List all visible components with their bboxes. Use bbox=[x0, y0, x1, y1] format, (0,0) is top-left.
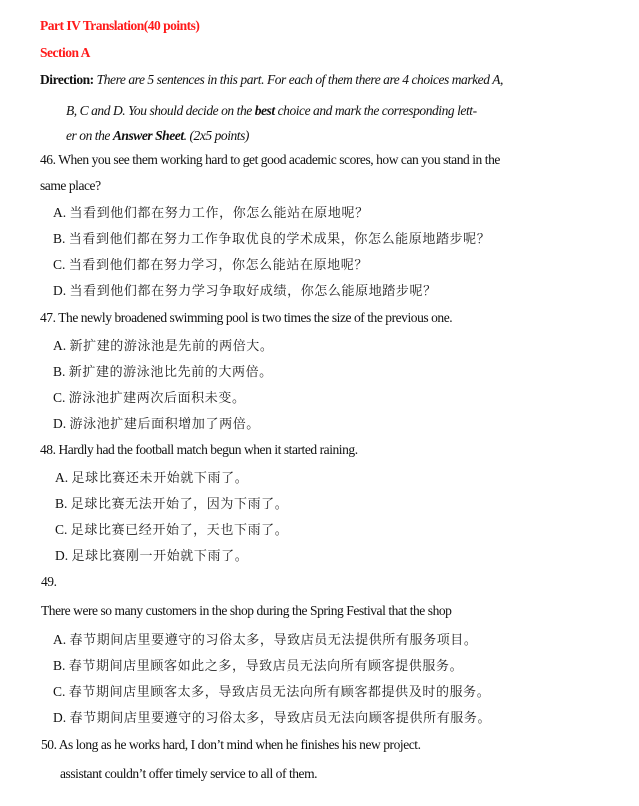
question-49-number: 49. bbox=[41, 574, 57, 590]
option-letter: B. bbox=[53, 231, 65, 246]
option-text: 春节期间店里顾客太多，导致店员无法向所有顾客都提供及时的服务。 bbox=[69, 685, 491, 700]
option-text: 春节期间店里要遵守的习俗太多，导致店员无法向顾客提供所有服务。 bbox=[70, 711, 492, 726]
option-47-d[interactable]: D. 游泳池扩建后面积增加了两倍。 bbox=[53, 416, 260, 433]
question-46-line-2: same place? bbox=[40, 178, 101, 194]
direction-label: Direction: bbox=[40, 72, 94, 87]
option-text: 足球比赛已经开始了，天也下雨了。 bbox=[71, 523, 289, 538]
option-47-b[interactable]: B. 新扩建的游泳池比先前的大两倍。 bbox=[53, 364, 273, 381]
option-text: 当看到他们都在努力学习争取好成绩，你怎么能原地踏步呢？ bbox=[70, 284, 437, 299]
option-46-a[interactable]: A. 当看到他们都在努力工作，你怎么能站在原地呢？ bbox=[53, 205, 369, 222]
option-text: 新扩建的游泳池比先前的大两倍。 bbox=[69, 365, 273, 380]
option-letter: D. bbox=[53, 416, 66, 431]
option-letter: D. bbox=[53, 710, 66, 725]
option-49-d[interactable]: D. 春节期间店里要遵守的习俗太多，导致店员无法向顾客提供所有服务。 bbox=[53, 710, 491, 727]
option-49-c[interactable]: C. 春节期间店里顾客太多，导致店员无法向所有顾客都提供及时的服务。 bbox=[53, 684, 490, 701]
option-46-d[interactable]: D. 当看到他们都在努力学习争取好成绩，你怎么能原地踏步呢？ bbox=[53, 283, 437, 300]
direction-text-2a: B, C and D. You should decide on the bbox=[66, 103, 255, 118]
option-text: 足球比赛刚一开始就下雨了。 bbox=[72, 549, 249, 564]
direction-text-1: There are 5 sentences in this part. For … bbox=[97, 72, 503, 87]
question-49-continuation: assistant couldn’t offer timely service … bbox=[60, 766, 317, 782]
option-text: 新扩建的游泳池是先前的两倍大。 bbox=[70, 339, 274, 354]
question-number: 50. bbox=[41, 737, 57, 752]
option-46-b[interactable]: B. 当看到他们都在努力工作争取优良的学术成果，你怎么能原地踏步呢？ bbox=[53, 231, 490, 248]
direction-emphasis-answer-sheet: Answer Sheet bbox=[113, 128, 184, 143]
option-text: 当看到他们都在努力工作，你怎么能站在原地呢？ bbox=[70, 206, 369, 221]
question-number: 48. bbox=[40, 442, 56, 457]
option-46-c[interactable]: C. 当看到他们都在努力学习，你怎么能站在原地呢？ bbox=[53, 257, 368, 274]
question-49: There were so many customers in the shop… bbox=[41, 603, 451, 619]
option-letter: D. bbox=[53, 283, 66, 298]
section-title: Section A bbox=[40, 45, 90, 61]
option-47-a[interactable]: A. 新扩建的游泳池是先前的两倍大。 bbox=[53, 338, 274, 355]
option-letter: B. bbox=[55, 496, 67, 511]
direction-text-3b: . (2x5 points) bbox=[184, 128, 249, 143]
option-49-a[interactable]: A. 春节期间店里要遵守的习俗太多，导致店员无法提供所有服务项目。 bbox=[53, 632, 478, 649]
part-title: Part IV Translation(40 points) bbox=[40, 18, 199, 34]
option-text: 游泳池扩建后面积增加了两倍。 bbox=[70, 417, 260, 432]
direction-line-1: Direction: There are 5 sentences in this… bbox=[40, 72, 503, 88]
option-letter: A. bbox=[55, 470, 68, 485]
option-48-b[interactable]: B. 足球比赛无法开始了，因为下雨了。 bbox=[55, 496, 288, 513]
option-text: 春节期间店里要遵守的习俗太多，导致店员无法提供所有服务项目。 bbox=[70, 633, 478, 648]
question-text: The newly broadened swimming pool is two… bbox=[58, 310, 452, 325]
option-48-d[interactable]: D. 足球比赛刚一开始就下雨了。 bbox=[55, 548, 248, 565]
option-letter: C. bbox=[53, 257, 65, 272]
question-50: 50. As long as he works hard, I don’t mi… bbox=[41, 737, 421, 753]
option-letter: B. bbox=[53, 658, 65, 673]
question-text: As long as he works hard, I don’t mind w… bbox=[59, 737, 421, 752]
option-letter: C. bbox=[53, 390, 65, 405]
direction-line-3: er on the Answer Sheet. (2x5 points) bbox=[66, 128, 249, 144]
option-letter: B. bbox=[53, 364, 65, 379]
option-letter: A. bbox=[53, 632, 66, 647]
option-text: 足球比赛还未开始就下雨了。 bbox=[72, 471, 249, 486]
option-text: 游泳池扩建两次后面积未变。 bbox=[69, 391, 246, 406]
direction-emphasis-best: best bbox=[255, 103, 275, 118]
option-49-b[interactable]: B. 春节期间店里顾客如此之多，导致店员无法向所有顾客提供服务。 bbox=[53, 658, 463, 675]
question-text: Hardly had the football match begun when… bbox=[58, 442, 357, 457]
question-46: 46. When you see them working hard to ge… bbox=[40, 152, 500, 168]
option-48-a[interactable]: A. 足球比赛还未开始就下雨了。 bbox=[55, 470, 248, 487]
option-letter: D. bbox=[55, 548, 68, 563]
question-text: When you see them working hard to get go… bbox=[58, 152, 500, 167]
option-letter: A. bbox=[53, 205, 66, 220]
option-text: 当看到他们都在努力学习，你怎么能站在原地呢？ bbox=[69, 258, 368, 273]
option-letter: C. bbox=[53, 684, 65, 699]
question-number: 46. bbox=[40, 152, 56, 167]
option-letter: A. bbox=[53, 338, 66, 353]
question-48: 48. Hardly had the football match begun … bbox=[40, 442, 358, 458]
direction-line-2: B, C and D. You should decide on the bes… bbox=[66, 103, 477, 119]
question-number: 47. bbox=[40, 310, 56, 325]
option-text: 足球比赛无法开始了，因为下雨了。 bbox=[71, 497, 289, 512]
option-text: 春节期间店里顾客如此之多，导致店员无法向所有顾客提供服务。 bbox=[69, 659, 463, 674]
option-48-c[interactable]: C. 足球比赛已经开始了，天也下雨了。 bbox=[55, 522, 288, 539]
option-letter: C. bbox=[55, 522, 67, 537]
option-text: 当看到他们都在努力工作争取优良的学术成果，你怎么能原地踏步呢？ bbox=[69, 232, 491, 247]
direction-text-3a: er on the bbox=[66, 128, 113, 143]
question-47: 47. The newly broadened swimming pool is… bbox=[40, 310, 452, 326]
option-47-c[interactable]: C. 游泳池扩建两次后面积未变。 bbox=[53, 390, 246, 407]
direction-text-2b: choice and mark the corresponding lett- bbox=[275, 103, 477, 118]
